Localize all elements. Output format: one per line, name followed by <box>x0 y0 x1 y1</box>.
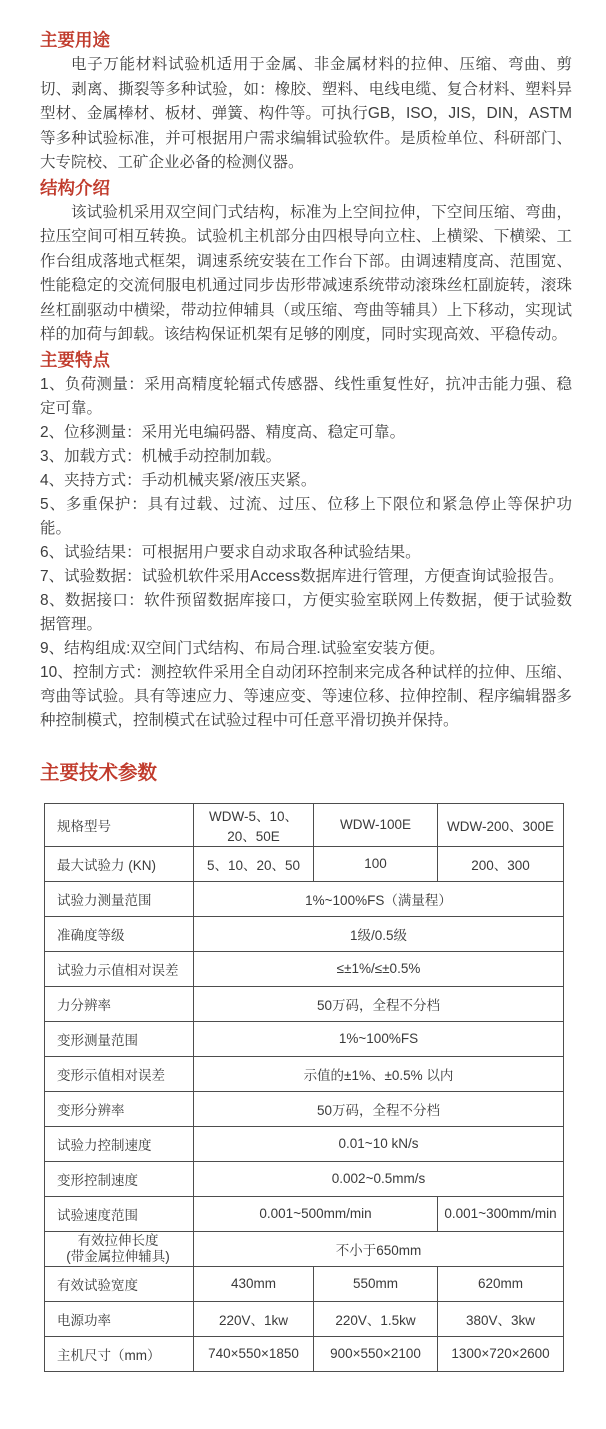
spec-value-cell: 100 <box>314 846 438 881</box>
spec-value-cell: 0.002~0.5mm/s <box>194 1161 564 1196</box>
spec-value-cell: WDW-200、300E <box>438 803 564 846</box>
spec-value-cell: 220V、1.5kw <box>314 1301 438 1336</box>
spec-value-cell: 示值的±1%、±0.5% 以内 <box>194 1056 564 1091</box>
specs-table: 规格型号WDW-5、10、20、50EWDW-100EWDW-200、300E最… <box>44 803 564 1372</box>
spec-label-cell: 力分辨率 <box>45 986 194 1021</box>
spec-value-cell: WDW-100E <box>314 803 438 846</box>
table-row: 规格型号WDW-5、10、20、50EWDW-100EWDW-200、300E <box>45 803 564 846</box>
table-row: 变形分辨率50万码，全程不分档 <box>45 1091 564 1126</box>
table-row: 试验力示值相对误差≤±1%/≤±0.5% <box>45 951 564 986</box>
specs-table-body: 规格型号WDW-5、10、20、50EWDW-100EWDW-200、300E最… <box>45 803 564 1371</box>
table-row: 试验力控制速度0.01~10 kN/s <box>45 1126 564 1161</box>
table-row: 变形示值相对误差示值的±1%、±0.5% 以内 <box>45 1056 564 1091</box>
spec-label-cell: 变形测量范围 <box>45 1021 194 1056</box>
spec-value-cell: 0.001~500mm/min <box>194 1196 438 1231</box>
spec-label-cell: 准确度等级 <box>45 916 194 951</box>
feature-item: 9、结构组成:双空间门式结构、布局合理.试验室安装方便。 <box>40 637 572 661</box>
spec-label-cell: 变形控制速度 <box>45 1161 194 1196</box>
table-row: 试验力测量范围1%~100%FS（满量程） <box>45 881 564 916</box>
table-row: 准确度等级1级/0.5级 <box>45 916 564 951</box>
feature-item: 7、试验数据：试验机软件采用Access数据库进行管理，方便查询试验报告。 <box>40 565 572 589</box>
table-row: 变形控制速度0.002~0.5mm/s <box>45 1161 564 1196</box>
spec-value-cell: 380V、3kw <box>438 1301 564 1336</box>
spec-value-cell: 1级/0.5级 <box>194 916 564 951</box>
spec-value-cell: ≤±1%/≤±0.5% <box>194 951 564 986</box>
feature-item: 3、加载方式：机械手动控制加载。 <box>40 445 572 469</box>
spec-label-cell: 变形示值相对误差 <box>45 1056 194 1091</box>
spec-label-cell: 有效试验宽度 <box>45 1266 194 1301</box>
spec-label-cell: 试验速度范围 <box>45 1196 194 1231</box>
section-heading-specs: 主要技术参数 <box>40 759 572 787</box>
spec-value-cell: 550mm <box>314 1266 438 1301</box>
feature-item: 4、夹持方式：手动机械夹紧/液压夹紧。 <box>40 469 572 493</box>
spec-label-cell: 试验力示值相对误差 <box>45 951 194 986</box>
table-row: 电源功率220V、1kw220V、1.5kw380V、3kw <box>45 1301 564 1336</box>
spec-value-cell: 1300×720×2600 <box>438 1336 564 1371</box>
spec-value-cell: 900×550×2100 <box>314 1336 438 1371</box>
document-page: 主要用途 电子万能材料试验机适用于金属、非金属材料的拉伸、压缩、弯曲、剪切、剥离… <box>0 0 606 1429</box>
feature-item: 5、多重保护：具有过载、过流、过压、位移上下限位和紧急停止等保护功能。 <box>40 493 572 541</box>
spec-value-cell: 0.01~10 kN/s <box>194 1126 564 1161</box>
spec-label-cell: 试验力控制速度 <box>45 1126 194 1161</box>
spec-label-line: (带金属拉伸辅具) <box>47 1249 189 1265</box>
spec-value-cell: 740×550×1850 <box>194 1336 314 1371</box>
spec-label-cell: 有效拉伸长度(带金属拉伸辅具) <box>45 1231 194 1266</box>
spec-value-cell: 430mm <box>194 1266 314 1301</box>
spec-label-cell: 试验力测量范围 <box>45 881 194 916</box>
feature-item: 8、数据接口：软件预留数据库接口，方便实验室联网上传数据，便于试验数据管理。 <box>40 589 572 637</box>
spec-value-cell: 220V、1kw <box>194 1301 314 1336</box>
section-heading-main-uses: 主要用途 <box>40 28 572 53</box>
spec-value-cell: 50万码，全程不分档 <box>194 1091 564 1126</box>
section-heading-features: 主要特点 <box>40 348 572 373</box>
spec-value-cell: 1%~100%FS <box>194 1021 564 1056</box>
feature-item: 10、控制方式：测控软件采用全自动闭环控制来完成各种试样的拉伸、压缩、弯曲等试验… <box>40 661 572 733</box>
spec-value-cell: 50万码，全程不分档 <box>194 986 564 1021</box>
feature-item: 6、试验结果：可根据用户要求自动求取各种试验结果。 <box>40 541 572 565</box>
spec-value-cell: 不小于650mm <box>194 1231 564 1266</box>
spec-value-cell: 1%~100%FS（满量程） <box>194 881 564 916</box>
table-row: 有效拉伸长度(带金属拉伸辅具)不小于650mm <box>45 1231 564 1266</box>
main-uses-paragraph: 电子万能材料试验机适用于金属、非金属材料的拉伸、压缩、弯曲、剪切、剥离、撕裂等多… <box>40 53 572 176</box>
spec-value-cell: 620mm <box>438 1266 564 1301</box>
spec-value-cell: 5、10、20、50 <box>194 846 314 881</box>
spec-label-cell: 变形分辨率 <box>45 1091 194 1126</box>
feature-item: 2、位移测量：采用光电编码器、精度高、稳定可靠。 <box>40 421 572 445</box>
table-row: 试验速度范围0.001~500mm/min0.001~300mm/min <box>45 1196 564 1231</box>
spec-label-cell: 电源功率 <box>45 1301 194 1336</box>
table-row: 主机尺寸（mm）740×550×1850900×550×21001300×720… <box>45 1336 564 1371</box>
spec-value-cell: 0.001~300mm/min <box>438 1196 564 1231</box>
feature-item: 1、负荷测量：采用高精度轮辐式传感器、线性重复性好，抗冲击能力强、稳定可靠。 <box>40 373 572 421</box>
feature-list: 1、负荷测量：采用高精度轮辐式传感器、线性重复性好，抗冲击能力强、稳定可靠。2、… <box>40 373 572 733</box>
spec-label-cell: 最大试验力 (KN) <box>45 846 194 881</box>
spec-value-cell: WDW-5、10、20、50E <box>194 803 314 846</box>
spec-label-cell: 规格型号 <box>45 803 194 846</box>
table-row: 有效试验宽度430mm550mm620mm <box>45 1266 564 1301</box>
table-row: 力分辨率50万码，全程不分档 <box>45 986 564 1021</box>
spec-label-line: 有效拉伸长度 <box>47 1233 189 1249</box>
section-heading-structure: 结构介绍 <box>40 176 572 201</box>
spec-value-cell: 200、300 <box>438 846 564 881</box>
spec-label-cell: 主机尺寸（mm） <box>45 1336 194 1371</box>
table-row: 最大试验力 (KN)5、10、20、50100200、300 <box>45 846 564 881</box>
table-row: 变形测量范围1%~100%FS <box>45 1021 564 1056</box>
structure-paragraph: 该试验机采用双空间门式结构，标准为上空间拉伸，下空间压缩、弯曲，拉压空间可相互转… <box>40 201 572 348</box>
